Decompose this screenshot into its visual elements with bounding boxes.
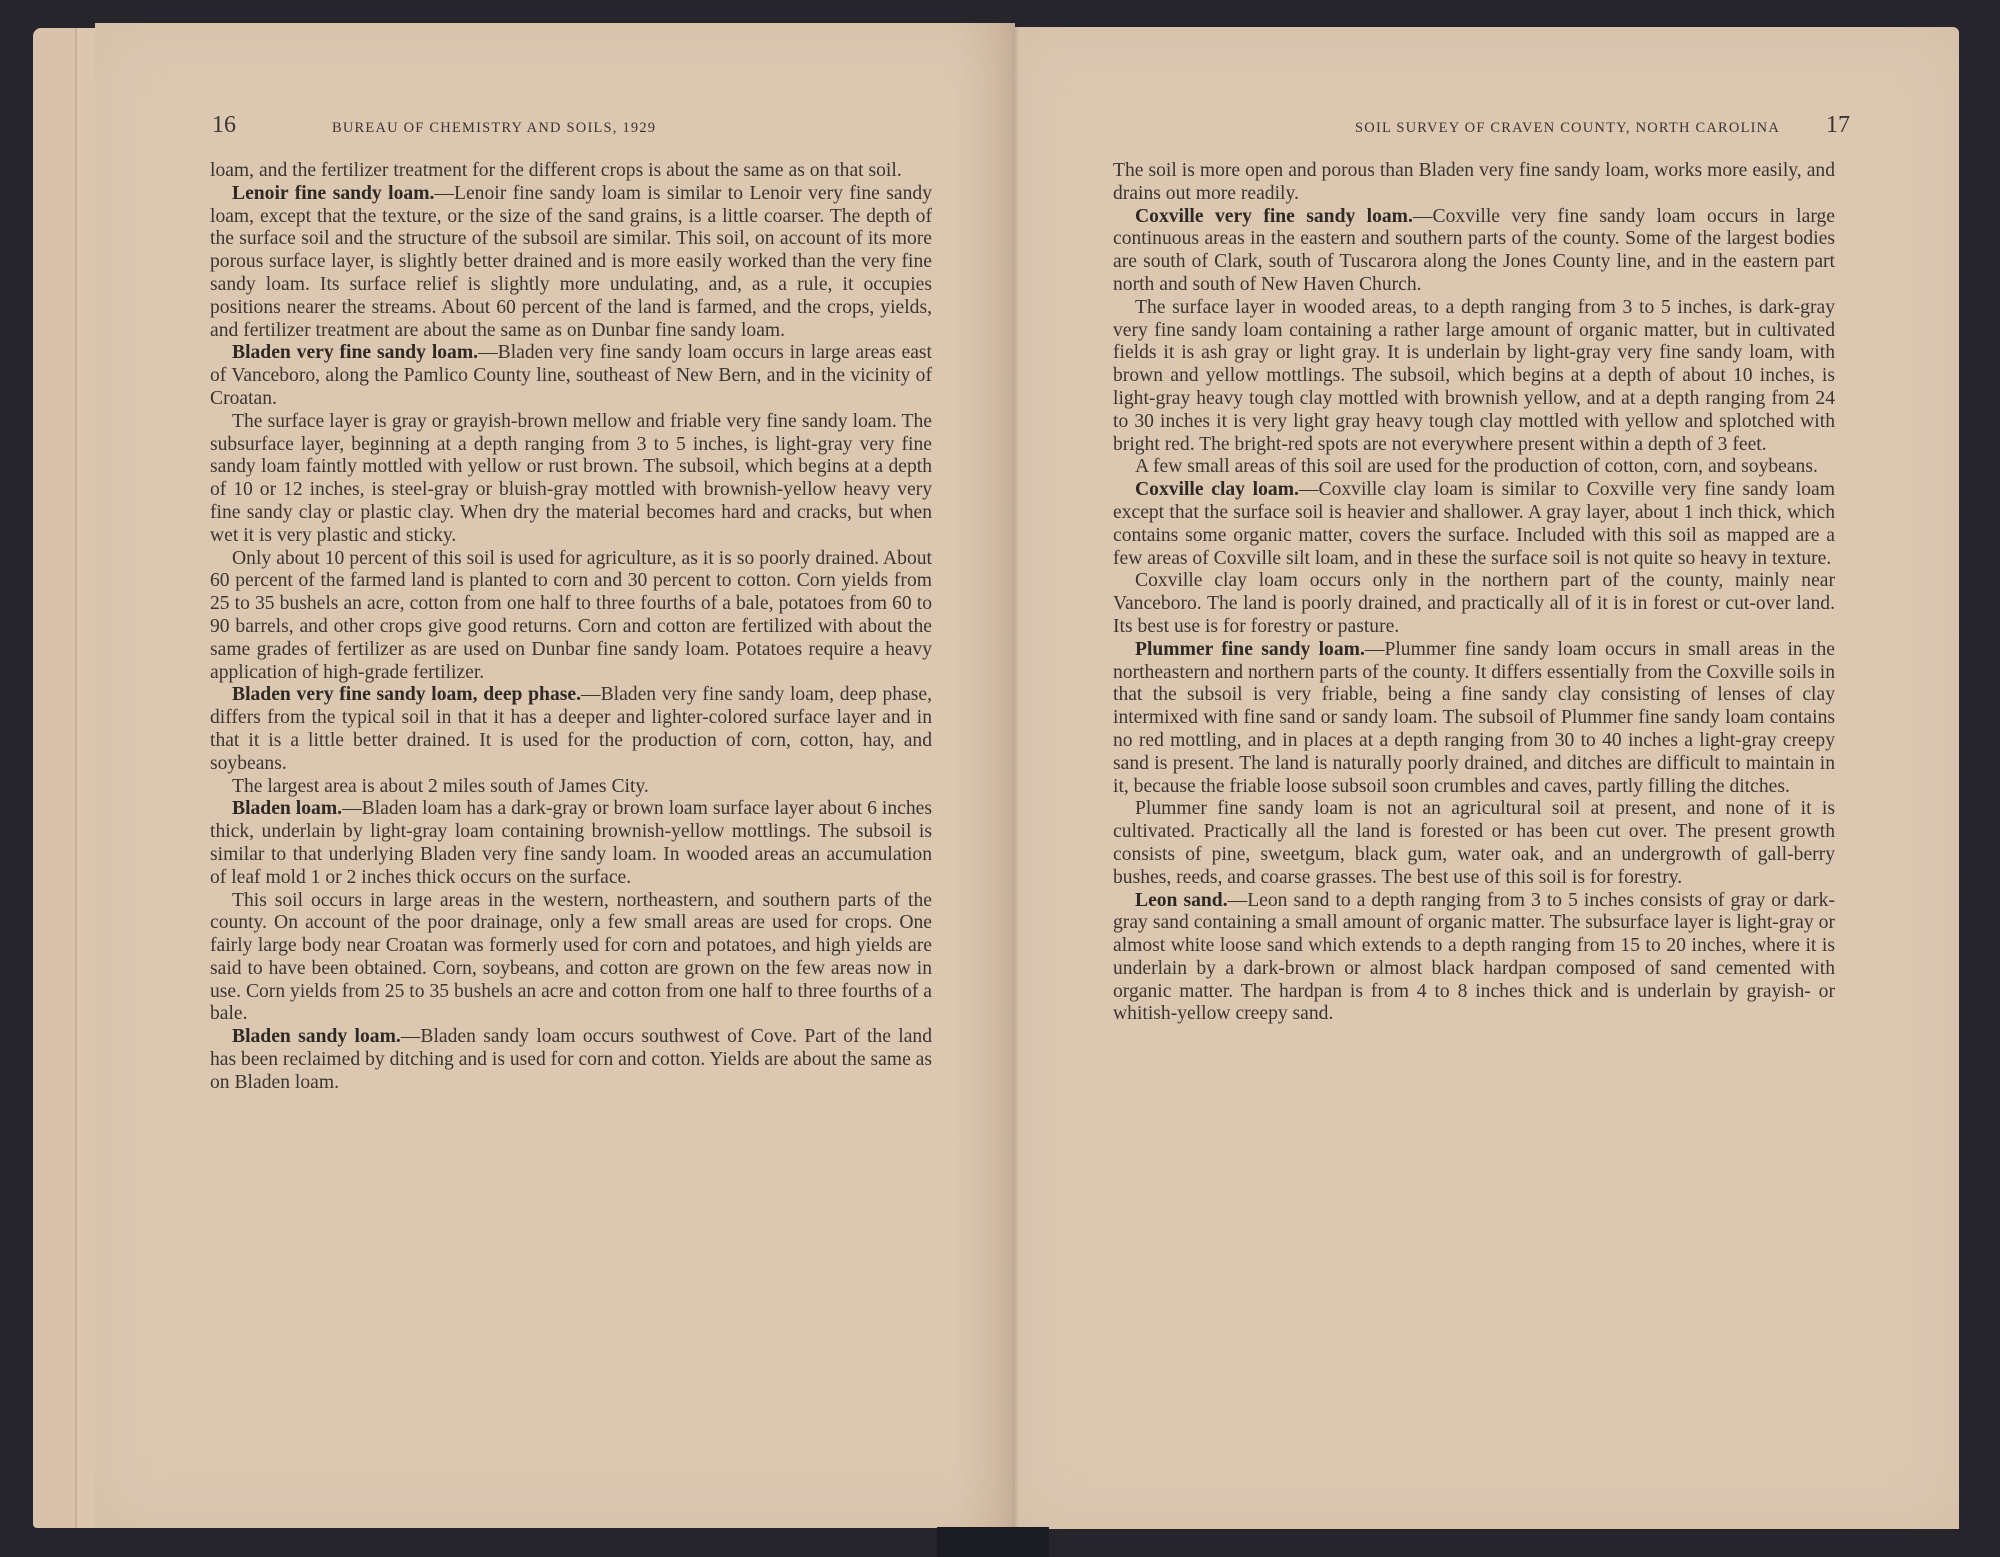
paragraph-text: This soil occurs in large areas in the w… (210, 890, 932, 1025)
right-running-head: SOIL SURVEY OF CRAVEN COUNTY, NORTH CARO… (1110, 112, 1850, 140)
paragraph: Leon sand.—Leon sand to a depth ranging … (1113, 890, 1835, 1027)
left-running-head: 16 BUREAU OF CHEMISTRY AND SOILS, 1929 (212, 112, 952, 140)
binding-spine (937, 1527, 1049, 1557)
paragraph-text: The surface layer in wooded areas, to a … (1113, 297, 1835, 455)
paragraph: Bladen sandy loam.—Bladen sandy loam occ… (210, 1026, 932, 1094)
page-number-left: 16 (212, 112, 236, 139)
section-heading: Coxville very fine sandy loam. (1135, 206, 1413, 227)
section-heading: Bladen very fine sandy loam, deep phase. (232, 684, 581, 705)
paragraph: Plummer fine sandy loam is not an agricu… (1113, 798, 1835, 889)
section-heading: Bladen sandy loam. (232, 1026, 401, 1047)
paragraph-text: A few small areas of this soil are used … (1135, 456, 1818, 477)
paragraph: loam, and the fertilizer treatment for t… (210, 160, 932, 183)
section-heading: Plummer fine sandy loam. (1135, 639, 1365, 660)
paragraph-text: Coxville clay loam occurs only in the no… (1113, 570, 1835, 637)
paragraph: Coxville clay loam.—Coxville clay loam i… (1113, 479, 1835, 570)
section-heading: Leon sand. (1135, 890, 1228, 911)
gutter-shadow (1013, 27, 1019, 1529)
paragraph: The largest area is about 2 miles south … (210, 776, 932, 799)
page-edge-stack (33, 28, 103, 1528)
paragraph: Plummer fine sandy loam.—Plummer fine sa… (1113, 639, 1835, 799)
paragraph-text: —Plummer fine sandy loam occurs in small… (1113, 639, 1835, 797)
paragraph: Coxville very fine sandy loam.—Coxville … (1113, 206, 1835, 297)
left-page-body: loam, and the fertilizer treatment for t… (210, 160, 932, 1095)
paragraph-text: The largest area is about 2 miles south … (232, 776, 649, 797)
paragraph: Coxville clay loam occurs only in the no… (1113, 570, 1835, 638)
paragraph: The surface layer in wooded areas, to a … (1113, 297, 1835, 457)
right-page-body: The soil is more open and porous than Bl… (1113, 160, 1835, 1026)
gutter-shadow (955, 23, 1015, 1528)
section-heading: Coxville clay loam. (1135, 479, 1299, 500)
paragraph: Bladen loam.—Bladen loam has a dark-gray… (210, 798, 932, 889)
paragraph-text: Plummer fine sandy loam is not an agricu… (1113, 798, 1835, 887)
paragraph-text: Only about 10 percent of this soil is us… (210, 548, 932, 683)
section-heading: Bladen very fine sandy loam. (232, 342, 478, 363)
running-head-title-left: BUREAU OF CHEMISTRY AND SOILS, 1929 (332, 120, 656, 137)
paragraph: Only about 10 percent of this soil is us… (210, 548, 932, 685)
paragraph: The soil is more open and porous than Bl… (1113, 160, 1835, 206)
paragraph: Bladen very fine sandy loam.—Bladen very… (210, 342, 932, 410)
paragraph: Lenoir fine sandy loam.—Lenoir fine sand… (210, 183, 932, 343)
paragraph: This soil occurs in large areas in the w… (210, 890, 932, 1027)
page-number-right: 17 (1826, 112, 1850, 139)
paragraph: The surface layer is gray or grayish-bro… (210, 411, 932, 548)
paragraph-text: The surface layer is gray or grayish-bro… (210, 411, 932, 546)
paragraph: A few small areas of this soil are used … (1113, 456, 1835, 479)
section-heading: Bladen loam. (232, 798, 342, 819)
section-heading: Lenoir fine sandy loam. (232, 183, 434, 204)
paragraph-text: —Lenoir fine sandy loam is similar to Le… (210, 183, 932, 341)
paragraph: Bladen very fine sandy loam, deep phase.… (210, 684, 932, 775)
running-head-title-right: SOIL SURVEY OF CRAVEN COUNTY, NORTH CARO… (1355, 120, 1780, 137)
paragraph-text: The soil is more open and porous than Bl… (1113, 160, 1835, 204)
paragraph-text: loam, and the fertilizer treatment for t… (210, 160, 902, 181)
open-book-spread: 16 BUREAU OF CHEMISTRY AND SOILS, 1929 S… (0, 0, 2000, 1557)
